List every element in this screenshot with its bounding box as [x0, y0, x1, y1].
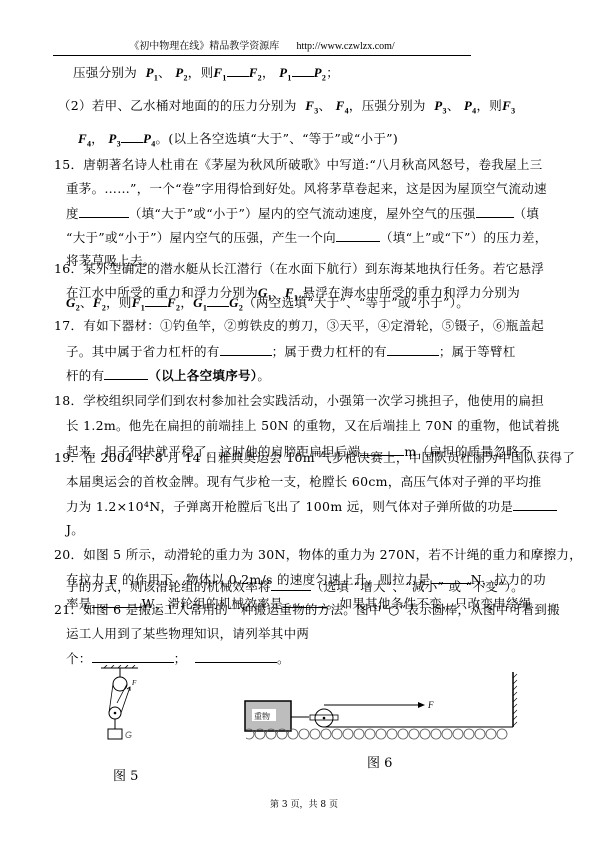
figure-5-caption: 图 5: [113, 765, 138, 784]
answer-blank[interactable]: [207, 294, 229, 307]
var-p1: P1: [146, 65, 159, 80]
figure-6-caption: 图 6: [367, 752, 392, 771]
text: ；属于等臂杠: [439, 344, 516, 359]
answer-blank[interactable]: [387, 343, 439, 356]
text-line: 压强分别为 P1、 P2，则F1F2， P1P2；: [73, 64, 339, 87]
question-15-line: 15．唐朝著名诗人杜甫在《茅屋为秋风所破歌》中写道:“八月秋高风怒号，卷我屋上三: [54, 157, 543, 173]
var-f4: F4: [336, 98, 349, 113]
text: ；属于费力杠杆的有: [272, 344, 387, 359]
var-p3: P3: [108, 131, 121, 146]
text: “大于”或“小于”）屋内空气的压强，产生一个向: [66, 230, 336, 245]
question-18-line: 18．学校组织同学们到农村参加社会实践活动，小强第一次学习挑担子，他使用的扁担: [54, 393, 544, 409]
answer-blank[interactable]: [336, 229, 380, 242]
text: （填: [514, 206, 540, 221]
question-20-line: 20．如图 5 所示，动滑轮的重力为 30N，物体的重力为 270N，若不计绳的…: [54, 547, 582, 563]
question-15-line: 重茅。……”，一个“卷”字用得恰到好处。风将茅草卷起来，这是因为屋顶空气流动速: [66, 181, 547, 197]
text: 、: [80, 295, 93, 310]
text: 子的方式，则该滑轮组的机械效率将: [66, 579, 271, 594]
question-16-line: G2、F2，则F1F2，G1G2（两空选填“大于”、“等于”或“小于”）。: [66, 294, 469, 317]
svg-text:F: F: [131, 679, 137, 687]
var-g1: G1: [193, 295, 207, 310]
text: ，则: [106, 295, 132, 310]
answer-blank[interactable]: [227, 64, 249, 77]
text: （选填 “增大”、“减小” 或 “不变”）。: [311, 579, 524, 594]
question-15-line: 度（填“大于”或“小于”）屋内的空气流动速度，屋外空气的压强（填: [66, 205, 539, 222]
question-17-line: 17．有如下器材：①钓鱼竿，②剪铁皮的剪刀，③天平，④定滑轮，⑤镊子，⑥瓶盖起: [54, 318, 544, 334]
text: 杆的有: [66, 368, 104, 383]
text: 。: [277, 651, 290, 666]
var-f1: F1: [213, 65, 226, 80]
answer-blank[interactable]: [513, 498, 557, 511]
text: 力为 1.2×10⁴N，子弹离开枪膛后飞出了 100m 远，则气体对子弹所做的功…: [66, 499, 513, 514]
var-f2: F2: [249, 65, 262, 80]
header-title: 《初中物理在线》精品教学资源库: [129, 41, 279, 52]
text: ；: [174, 651, 187, 666]
var-p2: P2: [314, 65, 327, 80]
question-18-line: 长 1.2m。他先在扁担的前端挂上 50N 的重物，又在后端挂上 70N 的重物…: [66, 418, 560, 434]
svg-text:G: G: [125, 730, 132, 740]
var-g2: G2: [66, 295, 80, 310]
text: 、: [447, 98, 460, 113]
question-19-line: J。: [66, 522, 84, 538]
var-f4: F4: [78, 131, 91, 146]
var-p3: P3: [434, 98, 447, 113]
question-21-line: 21．如图 6 是搬运工人常用的一种搬运重物的方法。图中“○”表示圆棒，从图中可…: [54, 602, 560, 618]
answer-blank[interactable]: [92, 650, 174, 663]
answer-blank[interactable]: [79, 205, 129, 218]
answer-blank[interactable]: [195, 650, 277, 663]
var-f3: F3: [305, 98, 318, 113]
question-17-line: 杆的有（以上各空填序号）。: [66, 367, 270, 384]
question-19-line: 19．在 2004 年 8 月 14 日雅典奥运会 10m 气步枪决赛上，中国队…: [54, 450, 575, 466]
answer-blank[interactable]: [476, 205, 514, 218]
text: （两空选填“大于”、“等于”或“小于”）。: [243, 295, 469, 310]
var-f2: F2: [93, 295, 106, 310]
text: ，压强分别为: [349, 98, 426, 113]
question-19-line: 本届奥运会的首枚金牌。现有气步枪一支，枪膛长 60cm，高压气体对子弹的平均推: [66, 474, 541, 490]
text-line: （2）若甲、乙水桶对地面的的压力分别为 F3、 F4，压强分别为 P3、 P4，…: [58, 98, 515, 120]
text: （填“上”或“下”）的压力差，: [380, 230, 548, 245]
var-p4: P4: [464, 98, 477, 113]
text: ，则: [188, 65, 214, 80]
text: 个：: [66, 651, 92, 666]
text: （以上各空填序号）: [148, 368, 257, 383]
question-17-line: 子。其中属于省力杠杆的有；属于费力杠杆的有；属于等臂杠: [66, 343, 516, 360]
text: 。(以上各空选填“大于”、“等于”或“小于”): [156, 131, 399, 146]
answer-blank[interactable]: [271, 578, 311, 591]
answer-blank[interactable]: [145, 294, 167, 307]
text: （填“大于”或“小于”）屋内的空气流动速度，屋外空气的压强: [129, 206, 476, 221]
answer-blank[interactable]: [292, 64, 314, 77]
question-20-line: 子的方式，则该滑轮组的机械效率将（选填 “增大”、“减小” 或 “不变”）。: [66, 578, 524, 595]
var-g2: G2: [229, 295, 243, 310]
answer-blank[interactable]: [104, 367, 148, 380]
answer-blank[interactable]: [121, 130, 143, 143]
text: 、: [319, 98, 332, 113]
text: ，: [180, 295, 193, 310]
text-line: F4， P3P4。(以上各空选填“大于”、“等于”或“小于”): [78, 130, 398, 153]
answer-blank[interactable]: [220, 343, 272, 356]
question-19-line: 力为 1.2×10⁴N，子弹离开枪膛后飞出了 100m 远，则气体对子弹所做的功…: [66, 498, 557, 515]
var-p2: P2: [175, 65, 188, 80]
text: ，: [262, 65, 275, 80]
var-f3: F3: [502, 98, 515, 113]
figure-5-pulley-diagram: F G: [96, 665, 146, 780]
text: ，则: [476, 98, 502, 113]
question-16-line: 16．某外型确定的潜水艇从长江潜行（在水面下航行）到东海某地执行任务。若它悬浮: [54, 261, 544, 277]
text: 度: [66, 206, 79, 221]
text: ；: [326, 65, 339, 80]
question-15-line: “大于”或“小于”）屋内空气的压强，产生一个向（填“上”或“下”）的压力差，: [66, 229, 548, 246]
text: 。: [257, 368, 270, 383]
page-header: 《初中物理在线》精品教学资源库 http://www.czwlzx.com/: [53, 40, 471, 56]
var-f1: F1: [132, 295, 145, 310]
var-p1: P1: [279, 65, 292, 80]
question-21-line: 运工人用到了某些物理知识，请列举其中两: [66, 626, 309, 642]
page-number: 第 3 页，共 8 页: [0, 797, 608, 810]
var-p4: P4: [143, 131, 156, 146]
header-url: http://www.czwlzx.com/: [296, 41, 394, 52]
text: ，: [91, 131, 104, 146]
text: 、: [158, 65, 171, 80]
var-f2: F2: [167, 295, 180, 310]
text: 压强分别为: [73, 65, 137, 80]
text: （2）若甲、乙水桶对地面的的压力分别为: [58, 98, 297, 113]
text: 子。其中属于省力杠杆的有: [66, 344, 220, 359]
figure-6-floor-and-wall: [246, 672, 526, 747]
